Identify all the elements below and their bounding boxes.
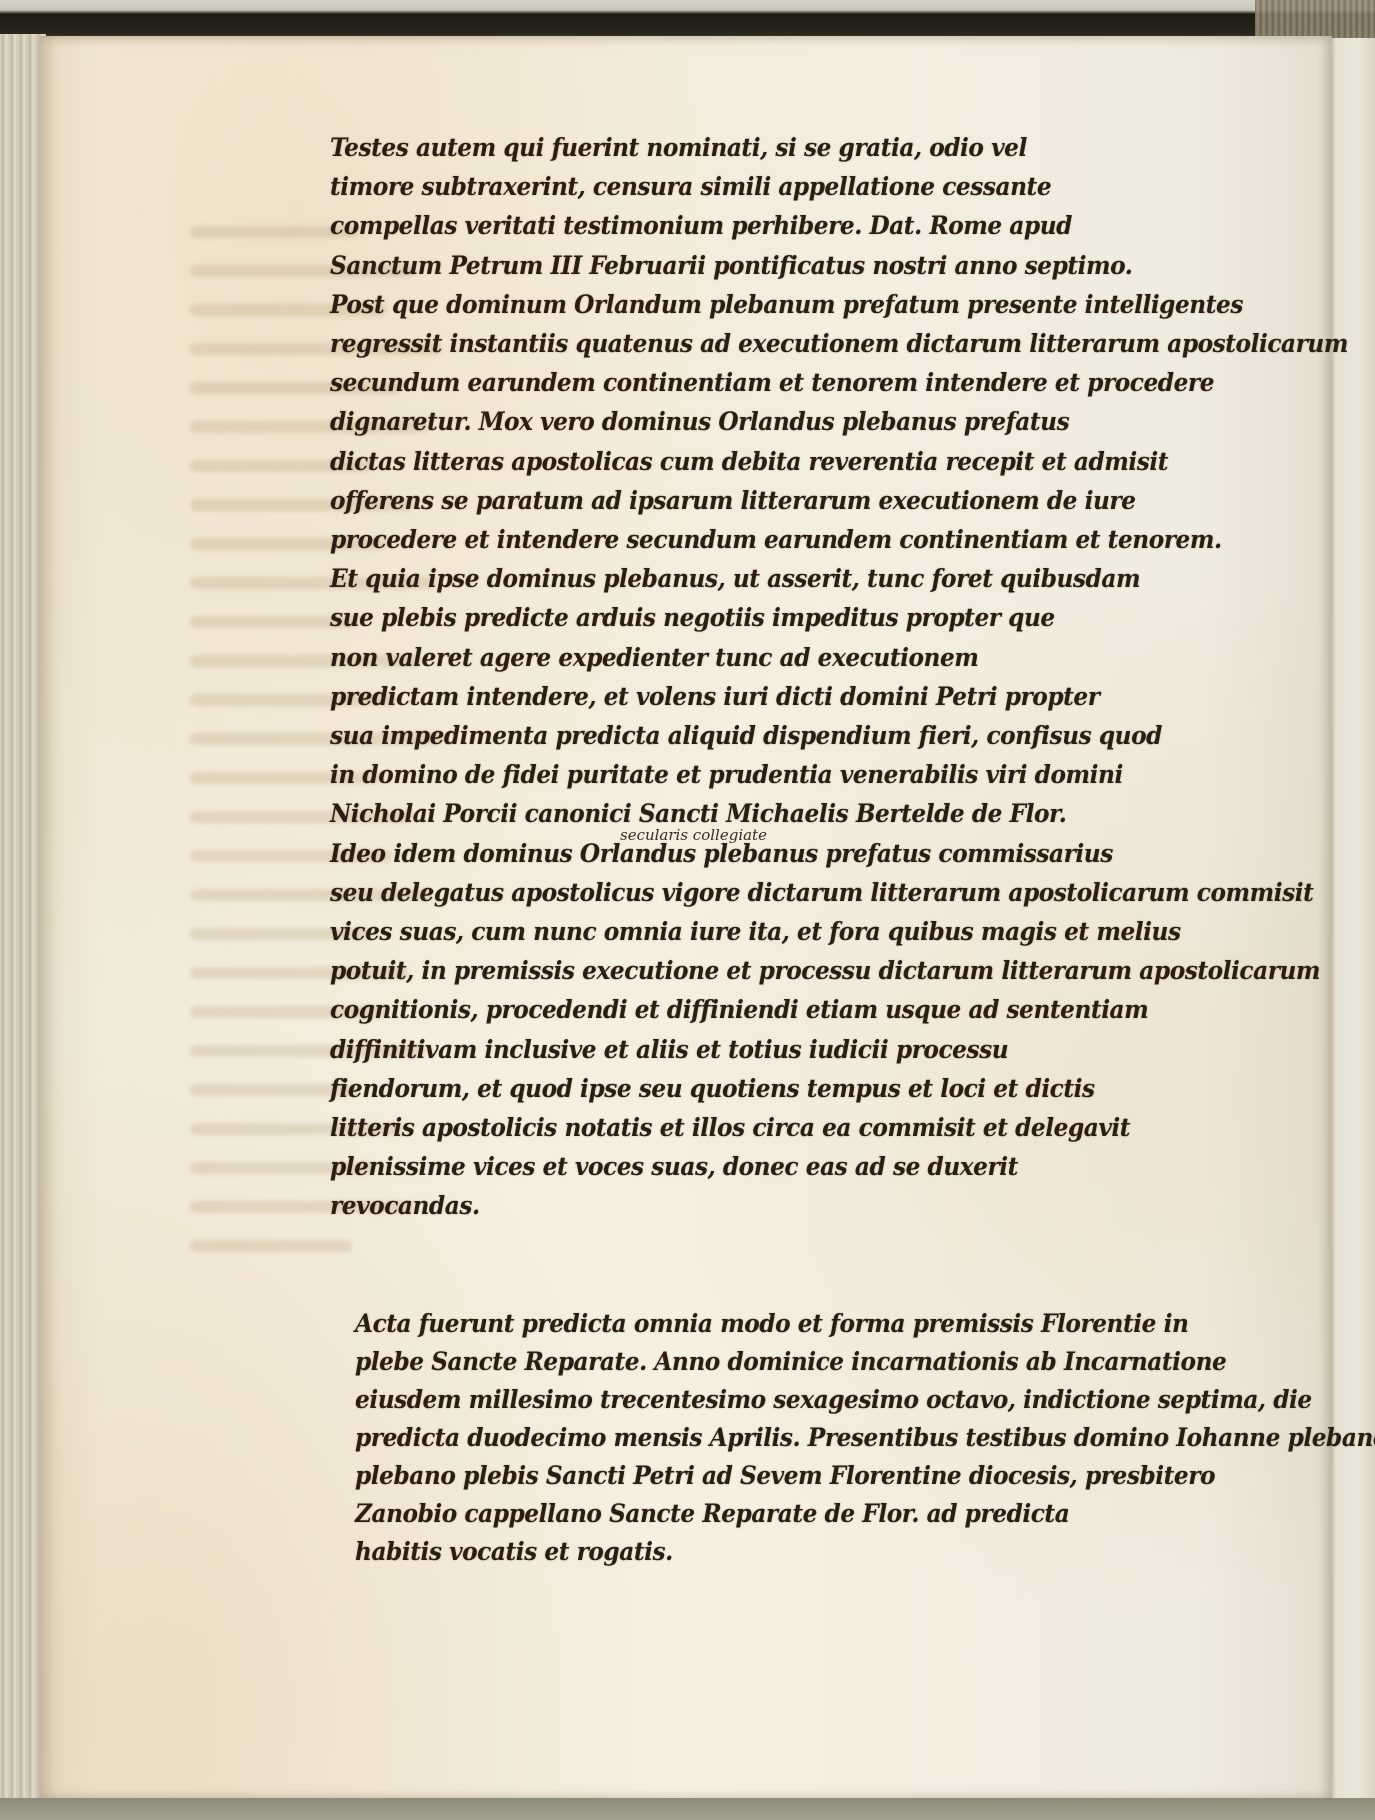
main-paragraph: Testes autem qui fuerint nominati, si se… — [330, 128, 1110, 1226]
book-top-edge — [0, 0, 1375, 40]
text-line: habitis vocatis et rogatis. — [355, 1533, 1062, 1571]
text-line: Sanctum Petrum III Februarii pontificatu… — [330, 246, 1055, 285]
text-line: diffinitivam inclusive et aliis et totiu… — [330, 1030, 1055, 1069]
text-line: seu delegatus apostolicus vigore dictaru… — [330, 873, 1055, 912]
text-line: eiusdem millesimo trecentesimo sexagesim… — [355, 1381, 1062, 1419]
text-line: sua impedimenta predicta aliquid dispend… — [330, 716, 1055, 755]
book-bottom-edge — [0, 1798, 1375, 1820]
text-line: plenissime vices et voces suas, donec ea… — [330, 1147, 1055, 1186]
text-line: plebano plebis Sancti Petri ad Sevem Flo… — [355, 1457, 1062, 1495]
text-line: procedere et intendere secundum earundem… — [330, 520, 1055, 559]
text-line: offerens se paratum ad ipsarum litteraru… — [330, 481, 1055, 520]
text-line: Et quia ipse dominus plebanus, ut asseri… — [330, 559, 1055, 598]
interlinear-note: secularis collegiate — [620, 826, 767, 844]
text-line: compellas veritati testimonium perhibere… — [330, 206, 1055, 245]
text-line: vices suas, cum nunc omnia iure ita, et … — [330, 912, 1055, 951]
text-line: Post que dominum Orlandum plebanum prefa… — [330, 285, 1055, 324]
closing-paragraph: Acta fuerunt predicta omnia modo et form… — [355, 1305, 1115, 1571]
text-line: dictas litteras apostolicas cum debita r… — [330, 442, 1055, 481]
text-line: Acta fuerunt predicta omnia modo et form… — [355, 1305, 1062, 1343]
text-line: potuit, in premissis executione et proce… — [330, 951, 1055, 990]
text-line: timore subtraxerint, censura simili appe… — [330, 167, 1055, 206]
page-stack-right — [1330, 38, 1375, 1798]
text-line: plebe Sancte Reparate. Anno dominice inc… — [355, 1343, 1062, 1381]
text-line: Zanobio cappellano Sancte Reparate de Fl… — [355, 1495, 1062, 1533]
text-line: revocandas. — [330, 1186, 1055, 1225]
text-line: sue plebis predicte arduis negotiis impe… — [330, 598, 1055, 637]
text-line: predictam intendere, et volens iuri dict… — [330, 677, 1055, 716]
text-line: in domino de fidei puritate et prudentia… — [330, 755, 1055, 794]
binding-cord — [1255, 0, 1375, 40]
text-line: cognitionis, procedendi et diffiniendi e… — [330, 990, 1055, 1029]
text-line: Testes autem qui fuerint nominati, si se… — [330, 128, 1055, 167]
text-line: dignaretur. Mox vero dominus Orlandus pl… — [330, 402, 1055, 441]
text-line: regressit instantiis quatenus ad executi… — [330, 324, 1055, 363]
text-line: secundum earundem continentiam et tenore… — [330, 363, 1055, 402]
text-line: non valeret agere expedienter tunc ad ex… — [330, 638, 1055, 677]
text-line: fiendorum, et quod ipse seu quotiens tem… — [330, 1069, 1055, 1108]
text-line: predicta duodecimo mensis Aprilis. Prese… — [355, 1419, 1062, 1457]
text-line: litteris apostolicis notatis et illos ci… — [330, 1108, 1055, 1147]
